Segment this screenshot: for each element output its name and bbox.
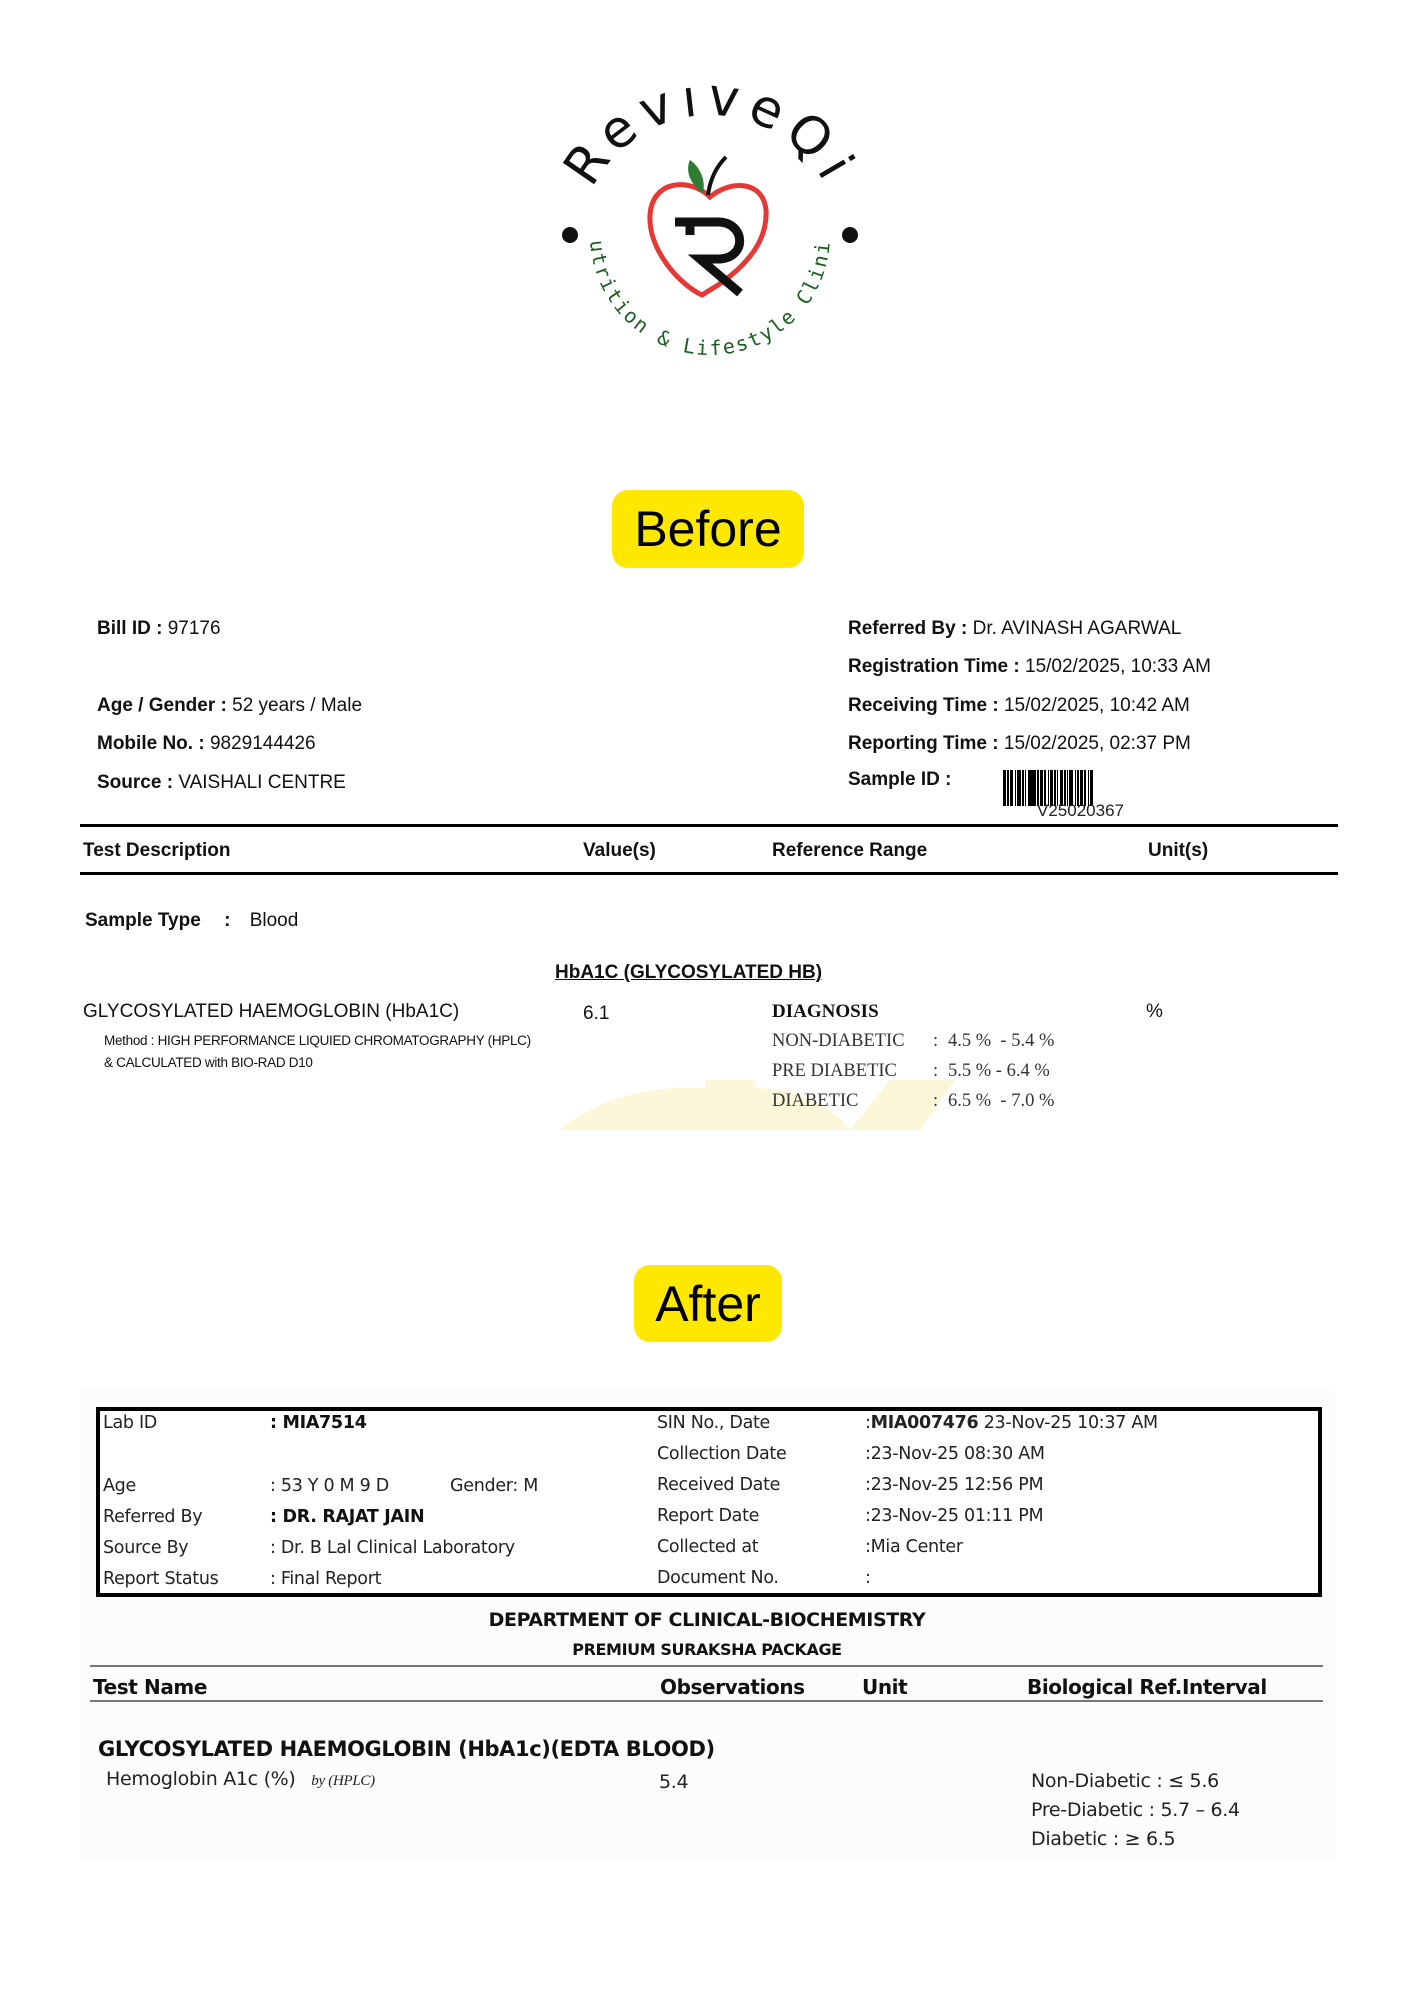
info-value: : MIA7514	[270, 1413, 367, 1433]
col-test-name: Test Name	[93, 1675, 207, 1699]
age-gender-value: 52 years / Male	[232, 695, 362, 716]
diagnosis-range-sep: :	[933, 1091, 938, 1112]
info-value: :Mia Center	[865, 1537, 963, 1557]
sample-id-field: Sample ID :	[848, 769, 951, 791]
test-unit: %	[1146, 1001, 1163, 1023]
age-gender-label: Age / Gender :	[97, 695, 227, 716]
info-value: :23-Nov-25 01:11 PM	[865, 1506, 1043, 1526]
diagnosis-range-value: 4.5 % - 5.4 %	[948, 1031, 1054, 1052]
diagnosis-title: DIAGNOSIS	[772, 1001, 879, 1023]
info-value: : Final Report	[270, 1569, 381, 1589]
header-top-rule	[80, 824, 1338, 827]
diagnosis-range-sep: :	[933, 1061, 938, 1082]
info-label: SIN No., Date	[657, 1413, 770, 1433]
info-value: : Dr. B Lal Clinical Laboratory	[270, 1538, 515, 1558]
apple-with-r-logo-icon: ReviveQi Nutrition & Lifestyle Clinic	[540, 85, 880, 375]
after-test-name: Hemoglobin A1c (%)	[106, 1768, 296, 1790]
receiving-time-field: Receiving Time : 15/02/2025, 10:42 AM	[848, 695, 1190, 717]
barcode-bar	[1028, 770, 1036, 806]
test-method-line2: & CALCULATED with BIO-RAD D10	[104, 1055, 313, 1070]
col-values: Value(s)	[583, 840, 656, 862]
mobile-field: Mobile No. : 9829144426	[97, 733, 316, 755]
test-value: 6.1	[583, 1003, 609, 1025]
col-test-description: Test Description	[83, 840, 230, 862]
sample-type-sep: :	[224, 910, 230, 931]
info-label: Report Date	[657, 1506, 759, 1526]
sin-number: MIA007476	[871, 1413, 979, 1433]
section-title: HbA1C (GLYCOSYLATED HB)	[555, 962, 822, 984]
info-label: Collected at	[657, 1537, 758, 1557]
diagnosis-range-value: 6.5 % - 7.0 %	[948, 1091, 1054, 1112]
watermark-graphic	[560, 1080, 960, 1130]
sample-id-value: V25020367	[1037, 801, 1124, 821]
ref-range-line: Non-Diabetic : ≤ 5.6	[1031, 1770, 1219, 1792]
source-label: Source :	[97, 772, 173, 793]
source-value: VAISHALI CENTRE	[178, 772, 346, 793]
after-test-method: by (HPLC)	[311, 1773, 375, 1789]
info-label: Age	[103, 1476, 136, 1496]
after-header-top-rule	[90, 1665, 1323, 1667]
info-value: :23-Nov-25 08:30 AM	[865, 1444, 1045, 1464]
header-bottom-rule	[80, 872, 1338, 875]
diagnosis-range-label: PRE DIABETIC	[772, 1061, 897, 1082]
before-badge: Before	[612, 490, 804, 568]
after-test-value: 5.4	[659, 1771, 688, 1793]
ref-range-line: Diabetic : ≥ 6.5	[1031, 1828, 1175, 1850]
reporting-time-value: 15/02/2025, 02:37 PM	[1004, 733, 1191, 754]
mobile-label: Mobile No. :	[97, 733, 205, 754]
info-label: Referred By	[103, 1507, 202, 1527]
bill-id-label: Bill ID :	[97, 618, 162, 639]
registration-time-field: Registration Time : 15/02/2025, 10:33 AM	[848, 656, 1211, 678]
referred-by-value: Dr. AVINASH AGARWAL	[973, 618, 1182, 639]
ref-range-line: Pre-Diabetic : 5.7 – 6.4	[1031, 1799, 1240, 1821]
info-value: :	[865, 1568, 871, 1588]
info-value: :23-Nov-25 12:56 PM	[865, 1475, 1043, 1495]
diagnosis-range-label: NON-DIABETIC	[772, 1031, 905, 1052]
reporting-time-field: Reporting Time : 15/02/2025, 02:37 PM	[848, 733, 1191, 755]
registration-time-value: 15/02/2025, 10:33 AM	[1025, 656, 1211, 677]
col-observations: Observations	[660, 1675, 805, 1699]
info-label: Report Status	[103, 1569, 218, 1589]
diagnosis-range-sep: :	[933, 1031, 938, 1052]
col-reference-range: Reference Range	[772, 840, 927, 862]
package-title: PREMIUM SURAKSHA PACKAGE	[0, 1640, 1414, 1659]
info-extra: Gender: M	[450, 1476, 538, 1496]
diagnosis-range-value: 5.5 % - 6.4 %	[948, 1061, 1050, 1082]
department-title: DEPARTMENT OF CLINICAL-BIOCHEMISTRY	[0, 1609, 1414, 1631]
sample-id-label: Sample ID :	[848, 769, 951, 790]
sample-type-row: Sample Type : Blood	[85, 910, 298, 932]
referred-by-label: Referred By :	[848, 618, 967, 639]
info-label: Collection Date	[657, 1444, 786, 1464]
info-value: : 53 Y 0 M 9 D	[270, 1476, 389, 1496]
info-label: Document No.	[657, 1568, 779, 1588]
info-label: Source By	[103, 1538, 188, 1558]
sample-type-value: Blood	[250, 910, 299, 931]
info-label: Received Date	[657, 1475, 780, 1495]
sample-type-label: Sample Type	[85, 910, 201, 931]
after-header-bottom-rule	[90, 1700, 1323, 1702]
registration-time-label: Registration Time :	[848, 656, 1020, 677]
test-group-title: GLYCOSYLATED HAEMOGLOBIN (HbA1c)(EDTA BL…	[98, 1737, 715, 1761]
info-value: : DR. RAJAT JAIN	[270, 1507, 424, 1527]
col-ref-interval: Biological Ref.Interval	[1027, 1675, 1267, 1699]
age-gender-field: Age / Gender : 52 years / Male	[97, 695, 362, 717]
receiving-time-value: 15/02/2025, 10:42 AM	[1004, 695, 1190, 716]
after-badge: After	[634, 1265, 782, 1342]
col-unit: Unit	[862, 1675, 907, 1699]
clinic-logo: ReviveQi Nutrition & Lifestyle Clinic	[540, 85, 880, 375]
receiving-time-label: Receiving Time :	[848, 695, 999, 716]
referred-by-field: Referred By : Dr. AVINASH AGARWAL	[848, 618, 1181, 640]
info-label: Lab ID	[103, 1413, 157, 1433]
bill-id-field: Bill ID : 97176	[97, 618, 221, 640]
test-name: GLYCOSYLATED HAEMOGLOBIN (HbA1C)	[83, 1001, 459, 1023]
test-method-line1: Method : HIGH PERFORMANCE LIQUIED CHROMA…	[104, 1033, 531, 1048]
info-value: :MIA007476 23-Nov-25 10:37 AM	[865, 1413, 1158, 1433]
mobile-value: 9829144426	[210, 733, 316, 754]
diagnosis-range-label: DIABETIC	[772, 1091, 858, 1112]
after-test-row: Hemoglobin A1c (%) by (HPLC)	[106, 1768, 375, 1790]
bill-id-value: 97176	[168, 618, 221, 639]
col-units: Unit(s)	[1148, 840, 1208, 862]
source-field: Source : VAISHALI CENTRE	[97, 772, 346, 794]
reporting-time-label: Reporting Time :	[848, 733, 999, 754]
